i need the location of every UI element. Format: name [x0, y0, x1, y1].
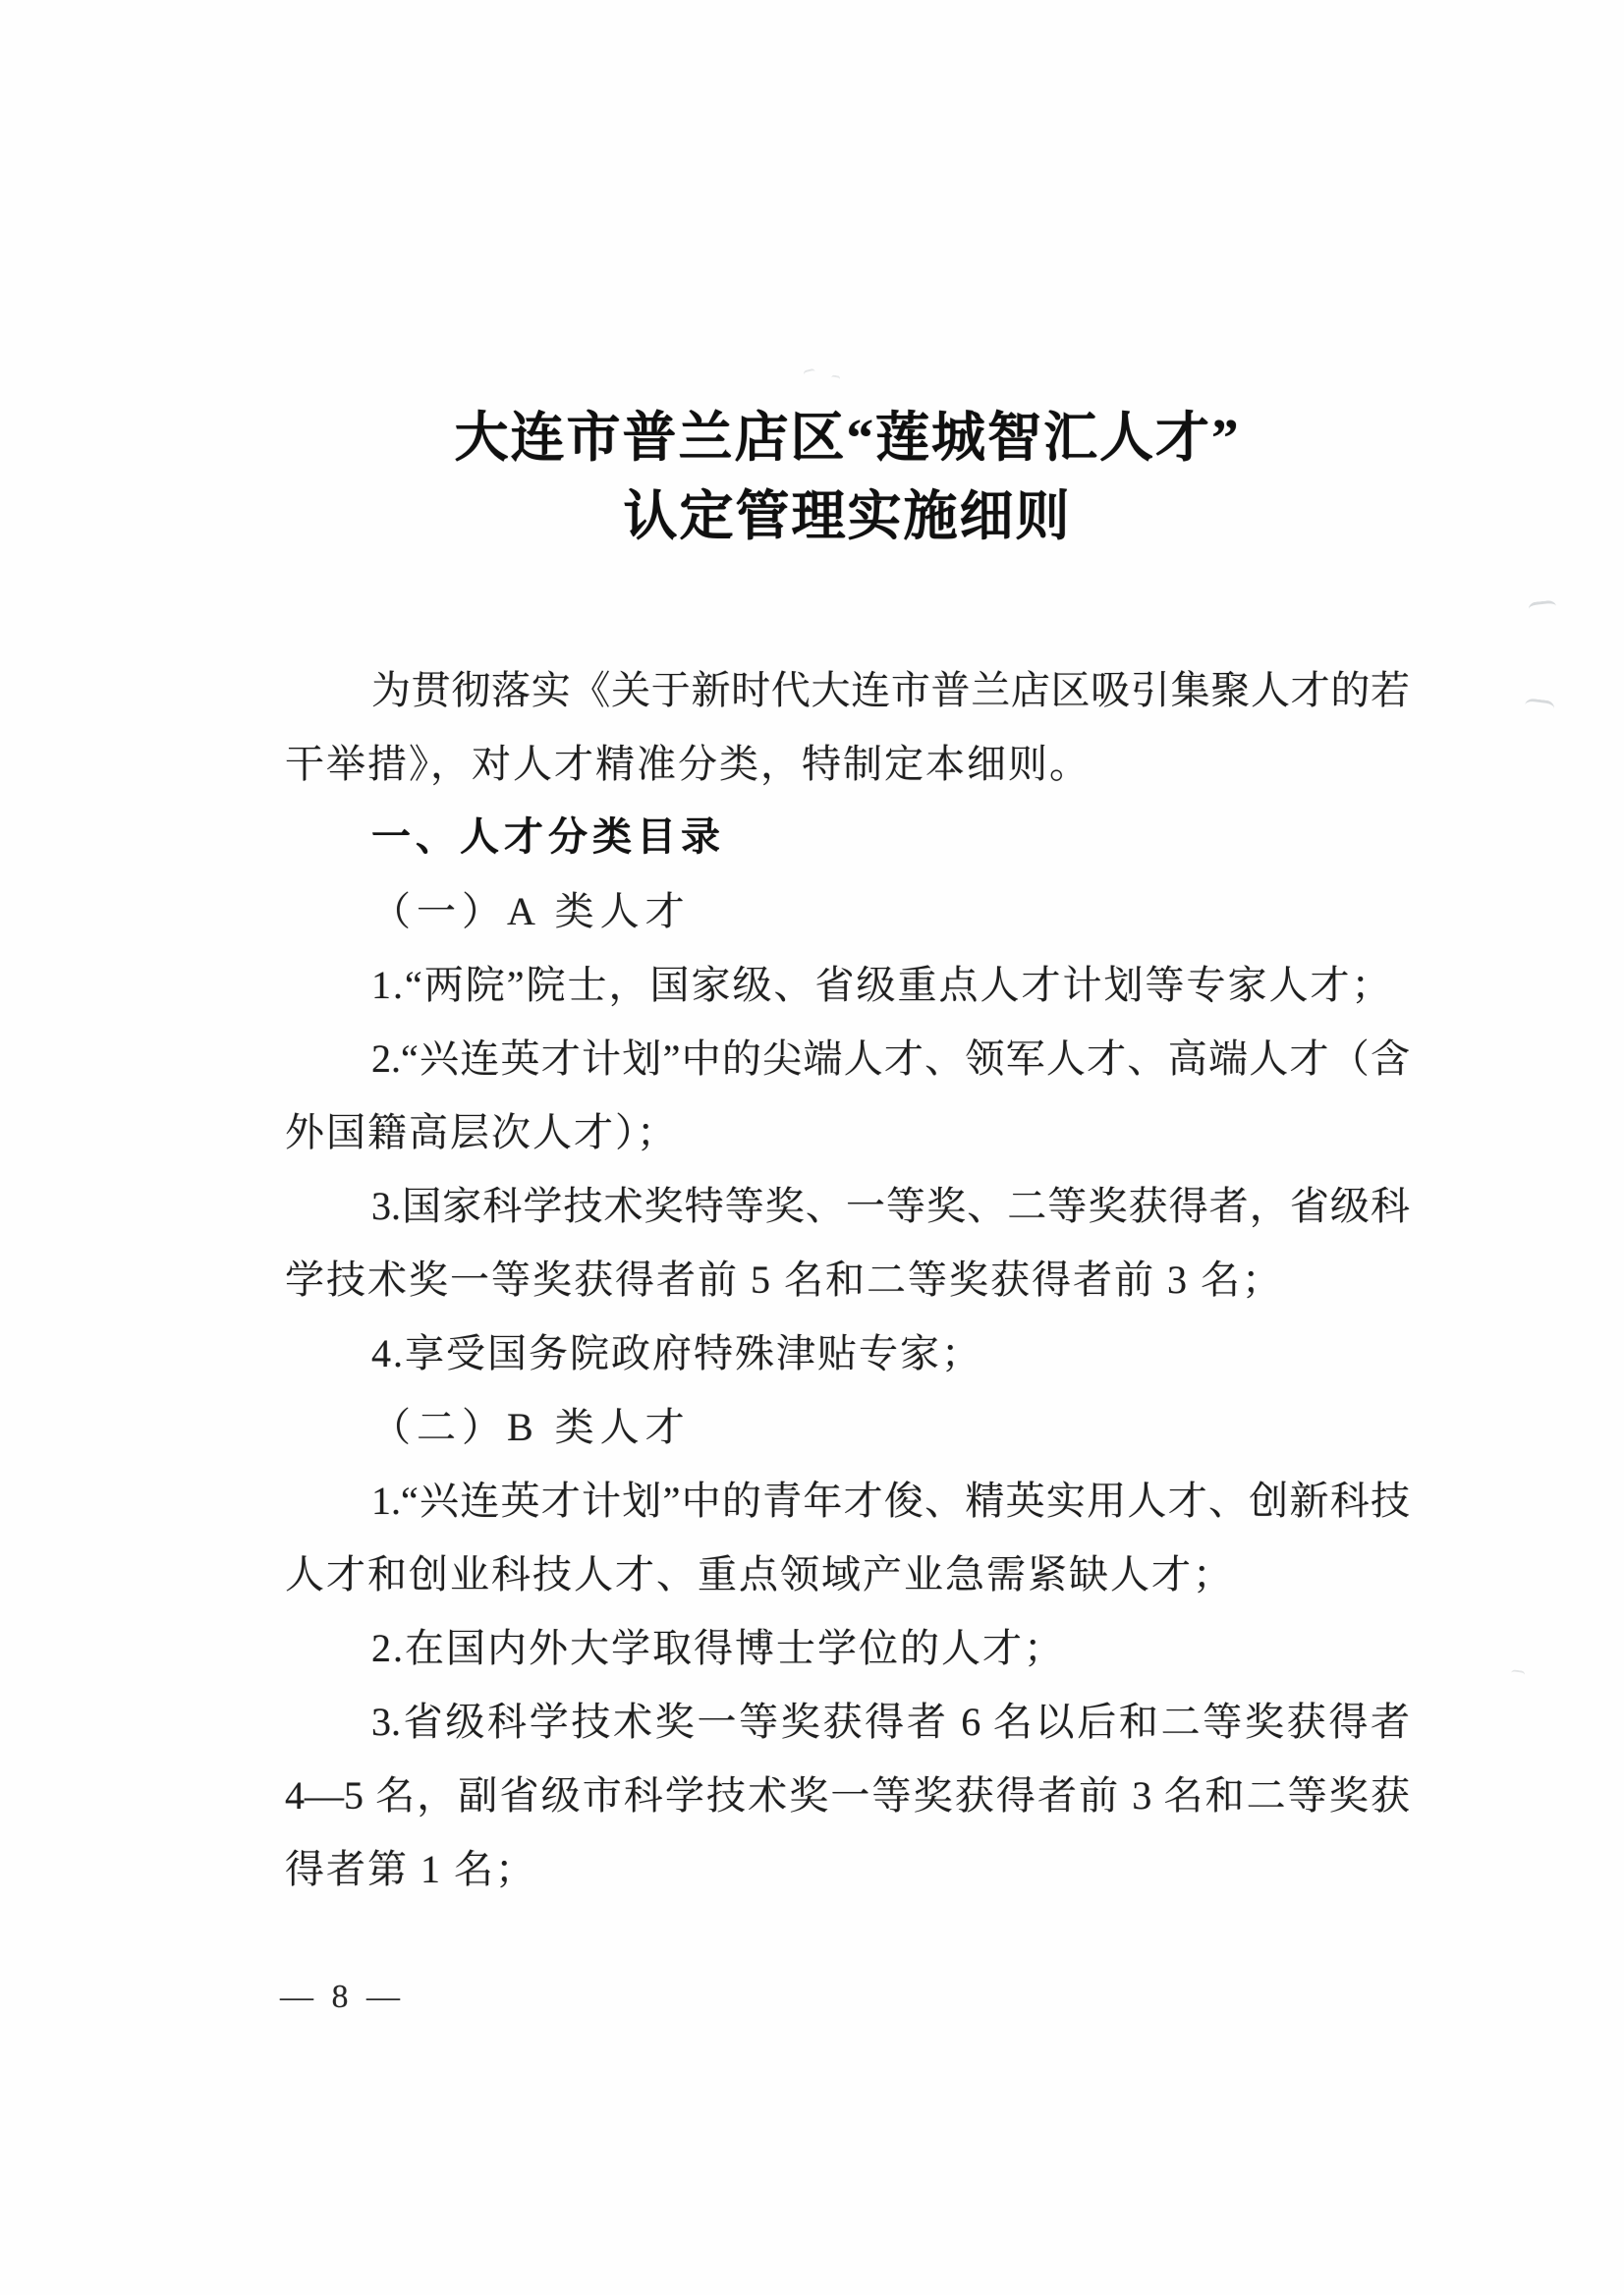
- body-line-a2-part1: 2.“兴连英才计划”中的尖端人才、领军人才、高端人才（含: [285, 1022, 1410, 1095]
- body-line-a1: 1.“两院”院士，国家级、省级重点人才计划等专家人才；: [285, 948, 1410, 1022]
- document-title-line-2: 认定管理实施细则: [285, 477, 1410, 556]
- scan-artifact: [1524, 698, 1555, 716]
- body-line-b1-part2: 人才和创业科技人才、重点领域产业急需紧缺人才；: [285, 1538, 1410, 1611]
- document-title-line-1: 大连市普兰店区“莲城智汇人才”: [285, 399, 1410, 477]
- body-line-b1-part1: 1.“兴连英才计划”中的青年才俊、精英实用人才、创新科技: [285, 1464, 1410, 1538]
- body-line-intro-2: 干举措》，对人才精准分类，特制定本细则。: [285, 727, 1410, 801]
- body-line-b2: 2.在国内外大学取得博士学位的人才；: [285, 1611, 1410, 1685]
- scanned-document-page: 大连市普兰店区“莲城智汇人才” 认定管理实施细则 为贯彻落实《关于新时代大连市普…: [0, 0, 1624, 2295]
- section-heading-1: 一、人才分类目录: [285, 801, 1410, 874]
- subsection-heading-b: （二）B 类人才: [285, 1390, 1410, 1464]
- body-line-a2-part2: 外国籍高层次人才）；: [285, 1095, 1410, 1169]
- body-line-b3-part2: 4—5 名，副省级市科学技术奖一等奖获得者前 3 名和二等奖获: [285, 1759, 1410, 1832]
- body-line-b3-part1: 3.省级科学技术奖一等奖获得者 6 名以后和二等奖获得者: [285, 1685, 1410, 1759]
- scan-artifact: [830, 374, 840, 382]
- scan-artifact: [1528, 600, 1556, 616]
- document-body: 为贯彻落实《关于新时代大连市普兰店区吸引集聚人才的若 干举措》，对人才精准分类，…: [285, 653, 1410, 1906]
- body-line-a3-part2: 学技术奖一等奖获得者前 5 名和二等奖获得者前 3 名；: [285, 1243, 1410, 1316]
- scan-artifact: [803, 368, 816, 379]
- page-number: — 8 —: [280, 1979, 405, 2015]
- body-line-a4: 4.享受国务院政府特殊津贴专家；: [285, 1316, 1410, 1390]
- scan-artifact: [1511, 1669, 1526, 1679]
- body-line-intro-1: 为贯彻落实《关于新时代大连市普兰店区吸引集聚人才的若: [285, 653, 1410, 727]
- body-line-a3-part1: 3.国家科学技术奖特等奖、一等奖、二等奖获得者，省级科: [285, 1169, 1410, 1243]
- page-footer: — 8 —: [280, 1973, 405, 2022]
- subsection-heading-a: （一）A 类人才: [285, 874, 1410, 948]
- document-title: 大连市普兰店区“莲城智汇人才” 认定管理实施细则: [285, 399, 1410, 556]
- body-line-b3-part3: 得者第 1 名；: [285, 1832, 1410, 1906]
